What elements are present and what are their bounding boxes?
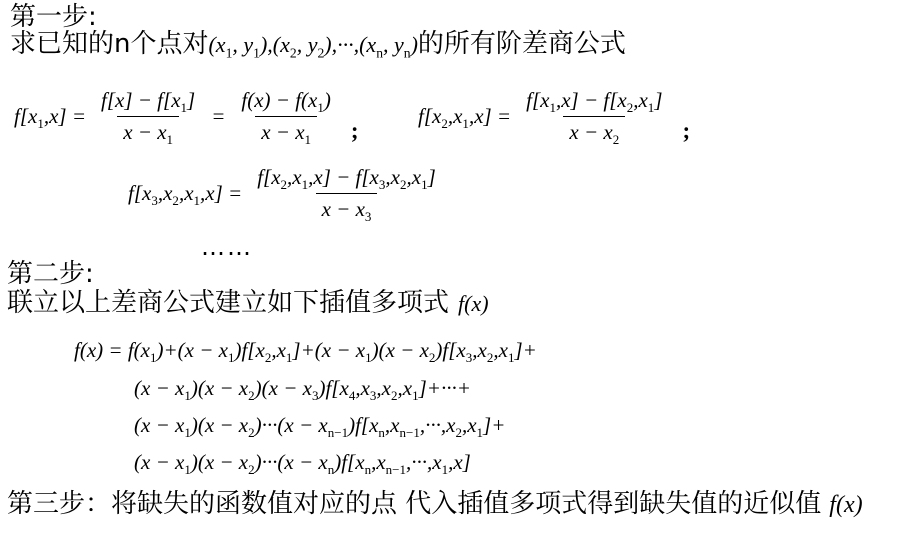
formula3-lhs: f[x3,x2,x1,x] = [128, 181, 242, 206]
formula1-fraction-1: f[x] − f[x1] x − x1 [95, 88, 201, 145]
step3-fx-math: f(x) [829, 492, 862, 519]
formula3-fraction: f[x2,x1,x] − f[x3,x2,x1] x − x3 [251, 165, 442, 222]
document-page: 第一步: 求已知的n个点对 (x1, y1),(x2, y2),···,(xn,… [0, 0, 923, 548]
formula-third-order-divided-difference: f[x3,x2,x1,x] = f[x2,x1,x] − f[x3,x2,x1]… [128, 161, 442, 225]
interpolation-polynomial-line-4: (x − x1)(x − x2)···(x − xn)f[xn,xn−1,···… [134, 446, 471, 478]
formula2-fraction: f[x1,x] − f[x2,x1] x − x2 [520, 88, 668, 145]
formula1-denominator-2: x − x1 [255, 116, 317, 145]
formula1-lhs: f[x1,x] = [14, 104, 86, 129]
formula1-equals: = [211, 104, 225, 129]
step2-description: 联立以上差商公式建立如下插值多项式 f(x) [7, 288, 489, 318]
formula-first-order-divided-difference: f[x1,x] = f[x] − f[x1] x − x1 = f(x) − f… [14, 85, 359, 147]
continuation-ellipsis: …… [201, 233, 253, 261]
step1-heading: 第一步: [10, 2, 97, 32]
formula2-lhs: f[x2,x1,x] = [418, 104, 511, 129]
interpolation-polynomial-line-2: (x − x1)(x − x2)(x − x3)f[x4,x3,x2,x1]+·… [134, 372, 471, 404]
formula2-numerator: f[x1,x] − f[x2,x1] [520, 88, 668, 116]
step3-line: 第三步： 将缺失的函数值对应的点 代入插值多项式得到缺失值的近似值 f(x) [7, 489, 863, 519]
step2-desc-fx-math: f(x) [458, 291, 489, 317]
step2-heading: 第二步: [7, 259, 94, 289]
step2-desc-prefix: 联立以上差商公式建立如下插值多项式 [7, 288, 449, 318]
formula1-denominator-1: x − x1 [117, 116, 179, 145]
step1-desc-prefix: 求已知的n个点对 [10, 29, 208, 59]
interpolation-polynomial-line-3: (x − x1)(x − x2)···(x − xn−1)f[xn,xn−1,·… [134, 409, 505, 441]
step3-heading: 第三步： [7, 489, 111, 519]
step3-desc: 将缺失的函数值对应的点 代入插值多项式得到缺失值的近似值 [111, 489, 821, 519]
formula1-semicolon: ; [351, 118, 359, 144]
formula3-numerator: f[x2,x1,x] − f[x3,x2,x1] [251, 165, 442, 193]
step1-desc-points-math: (x1, y1),(x2, y2),···,(xn, yn) [208, 32, 417, 58]
interpolation-polynomial-line-1: f(x) = f(x1)+(x − x1)f[x2,x1]+(x − x1)(x… [74, 334, 537, 366]
formula2-semicolon: ; [683, 118, 691, 144]
step1-description: 求已知的n个点对 (x1, y1),(x2, y2),···,(xn, yn) … [10, 29, 626, 59]
formula-second-order-divided-difference: f[x2,x1,x] = f[x1,x] − f[x2,x1] x − x2 ; [418, 85, 690, 147]
step1-desc-suffix: 的所有阶差商公式 [418, 29, 626, 59]
formula1-numerator-1: f[x] − f[x1] [95, 88, 201, 116]
formula1-numerator-2: f(x) − f(x1) [235, 88, 336, 116]
formula1-fraction-2: f(x) − f(x1) x − x1 [235, 88, 336, 145]
formula2-denominator: x − x2 [563, 116, 625, 145]
formula3-denominator: x − x3 [316, 193, 378, 222]
